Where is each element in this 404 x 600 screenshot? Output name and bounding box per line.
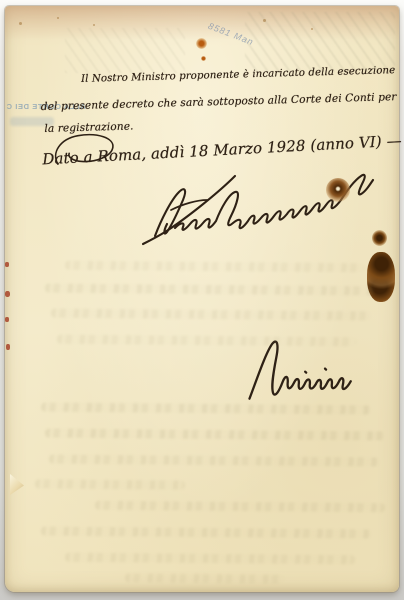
dust-speck <box>263 19 266 22</box>
edge-speck <box>6 344 10 350</box>
ink-blot <box>326 178 350 202</box>
bleed-through-line <box>45 284 375 296</box>
paraph-flourish <box>50 129 126 170</box>
bleed-through-line <box>65 553 355 565</box>
bleed-through-line <box>45 429 385 441</box>
manuscript-line: del presente decreto che sarà sottoposto… <box>41 91 397 113</box>
bleed-through-line <box>57 335 357 347</box>
ink-blot <box>372 230 387 246</box>
bleed-through-line <box>41 403 371 415</box>
ghost-hatching <box>245 12 395 72</box>
dust-speck <box>57 17 59 19</box>
bleed-through-line <box>95 501 385 513</box>
edge-speck <box>5 317 9 322</box>
bleed-through-line <box>41 527 371 539</box>
dust-speck <box>93 24 95 26</box>
edge-speck <box>5 262 9 267</box>
bleed-through-line <box>125 573 285 583</box>
bleed-through-line <box>51 309 371 321</box>
paper-fold <box>10 474 24 495</box>
edge-speck <box>5 291 10 297</box>
foxing-spot <box>201 56 206 61</box>
dust-speck <box>311 28 313 30</box>
scanned-document-page: 8581 Man ALLA CORTE DEI C Il Nostro Mini… <box>0 0 404 600</box>
bleed-through-line <box>49 455 379 467</box>
paper-sheet: 8581 Man ALLA CORTE DEI C Il Nostro Mini… <box>5 6 399 592</box>
bleed-through-line <box>35 479 185 489</box>
dust-speck <box>19 22 22 25</box>
foxing-spot <box>196 38 207 49</box>
bleed-through-line <box>65 261 365 273</box>
ghost-hatching <box>65 28 185 73</box>
